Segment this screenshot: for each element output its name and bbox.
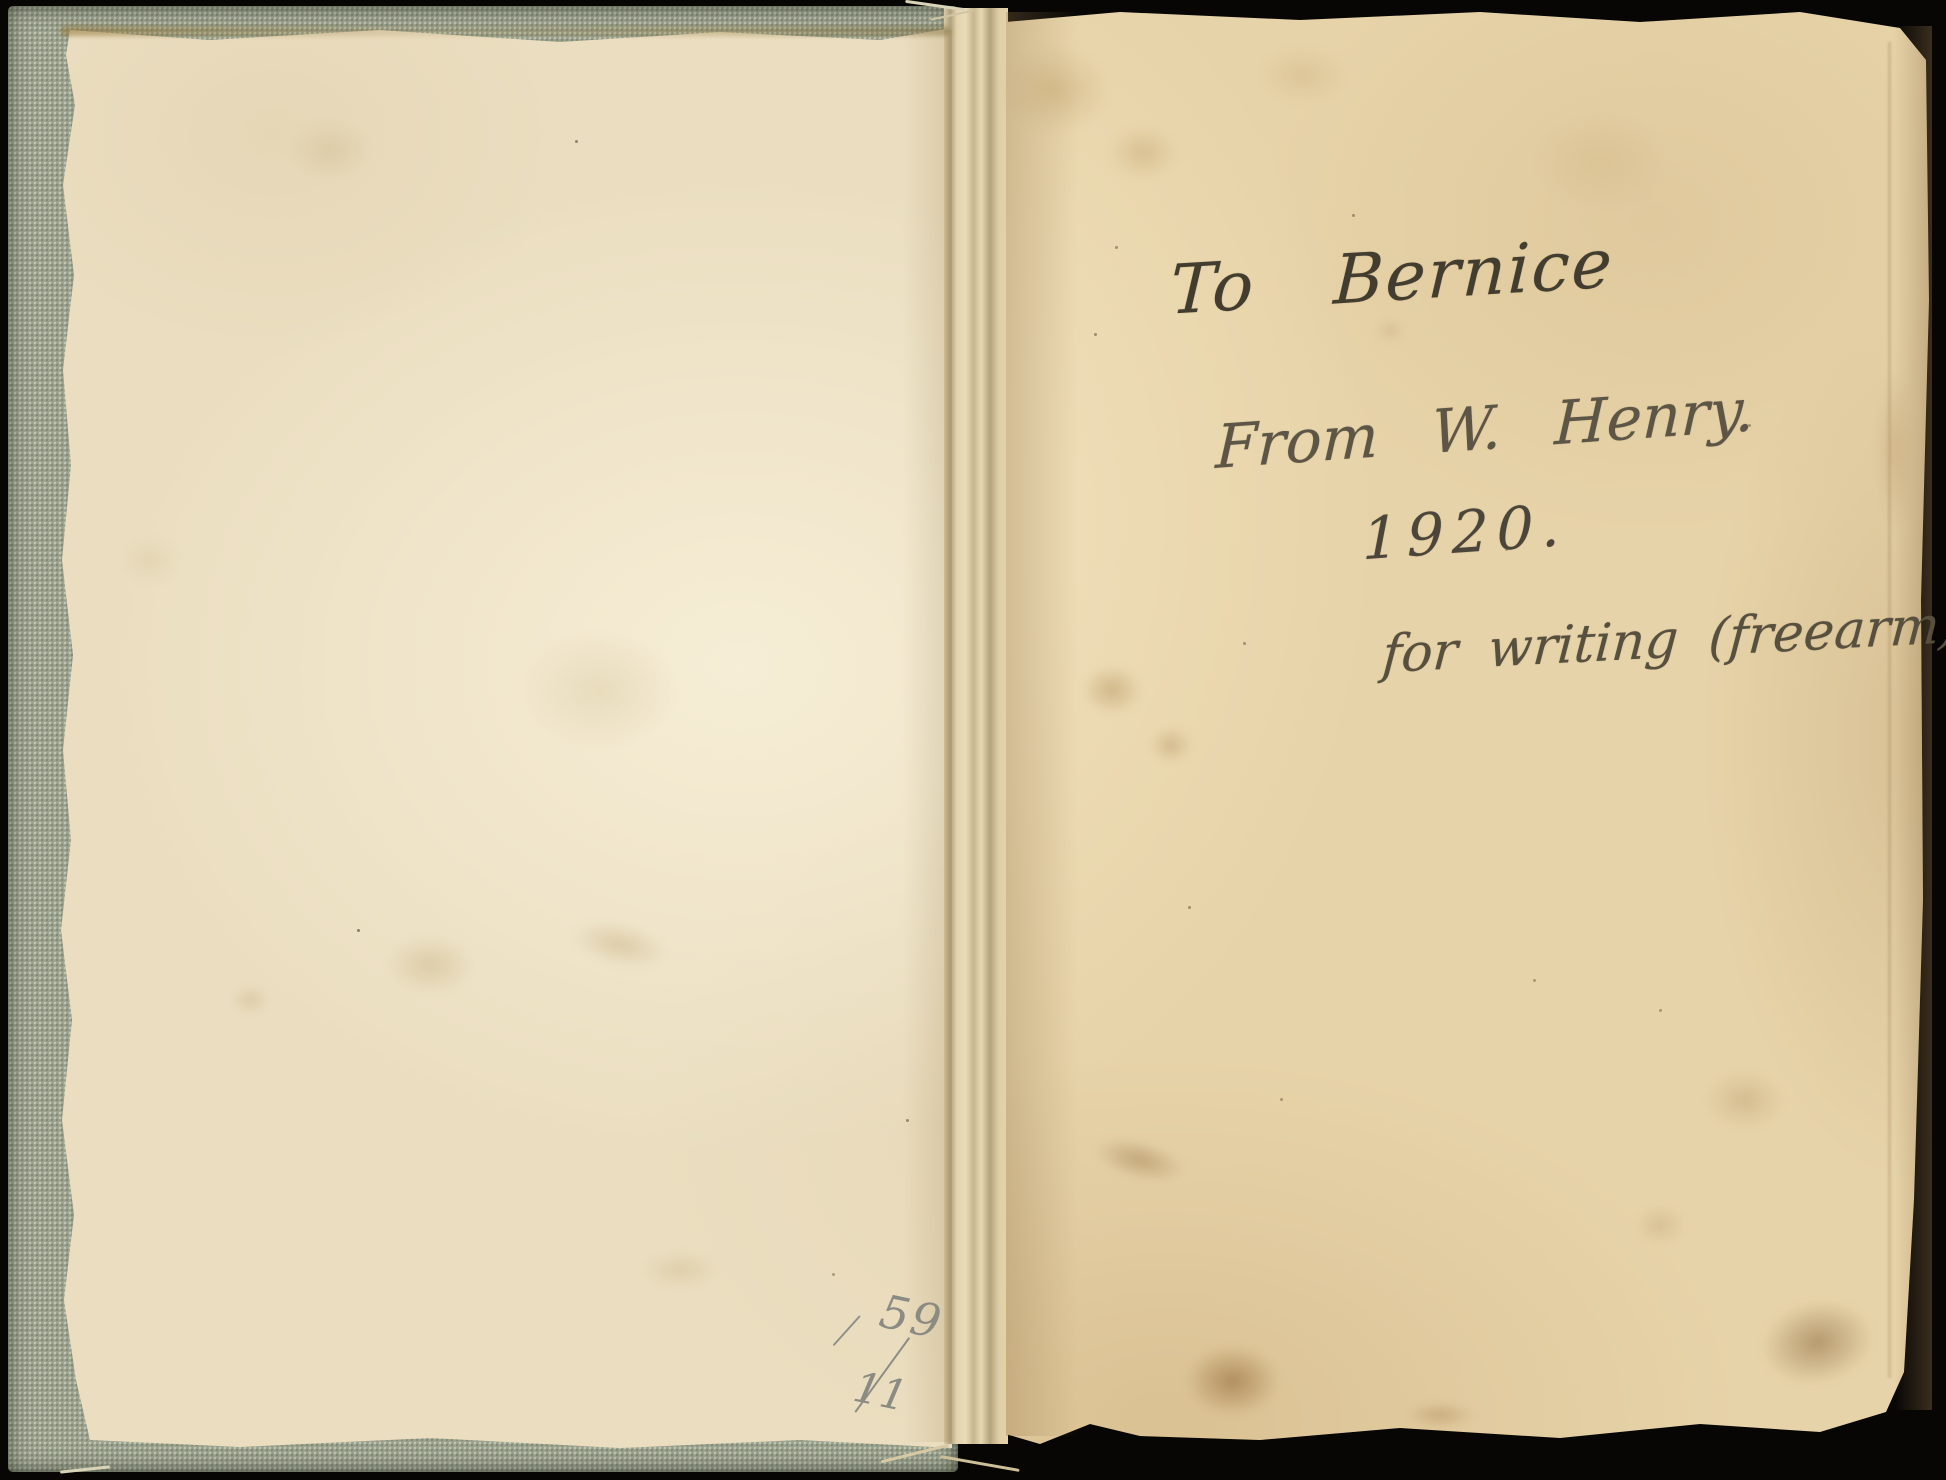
stain	[640, 1250, 720, 1290]
page-fore-edge	[1894, 26, 1932, 1410]
stain	[1082, 665, 1142, 715]
gutter-shadow	[902, 30, 952, 1442]
stain	[1000, 45, 1110, 135]
stain	[1258, 45, 1348, 105]
page-crease	[1888, 42, 1891, 1378]
stain	[1530, 110, 1670, 210]
stain	[1705, 1070, 1785, 1130]
stain	[1405, 1402, 1475, 1428]
gutter-hinge	[944, 8, 1008, 1444]
stain	[1150, 727, 1192, 763]
stain	[520, 630, 680, 750]
stain	[230, 985, 270, 1015]
adhesive-discoloration	[60, 26, 950, 36]
stain	[1185, 1345, 1280, 1417]
stain	[385, 935, 475, 995]
book-spread-photo: To Bernice From W. Henry. 1920. for writ…	[0, 0, 1946, 1480]
stain	[1875, 370, 1915, 530]
pencil-mark-top: 59	[875, 1284, 947, 1350]
stain	[120, 535, 180, 585]
stain	[1108, 125, 1178, 180]
stain	[1635, 1205, 1685, 1245]
gutter-shadow	[1006, 12, 1078, 1436]
stain	[1375, 318, 1405, 343]
stain	[290, 120, 370, 180]
inscription-line-year: 1920.	[1362, 491, 1568, 574]
pencil-mark-bottom: 11	[849, 1362, 911, 1421]
paper-specks	[0, 0, 3, 3]
